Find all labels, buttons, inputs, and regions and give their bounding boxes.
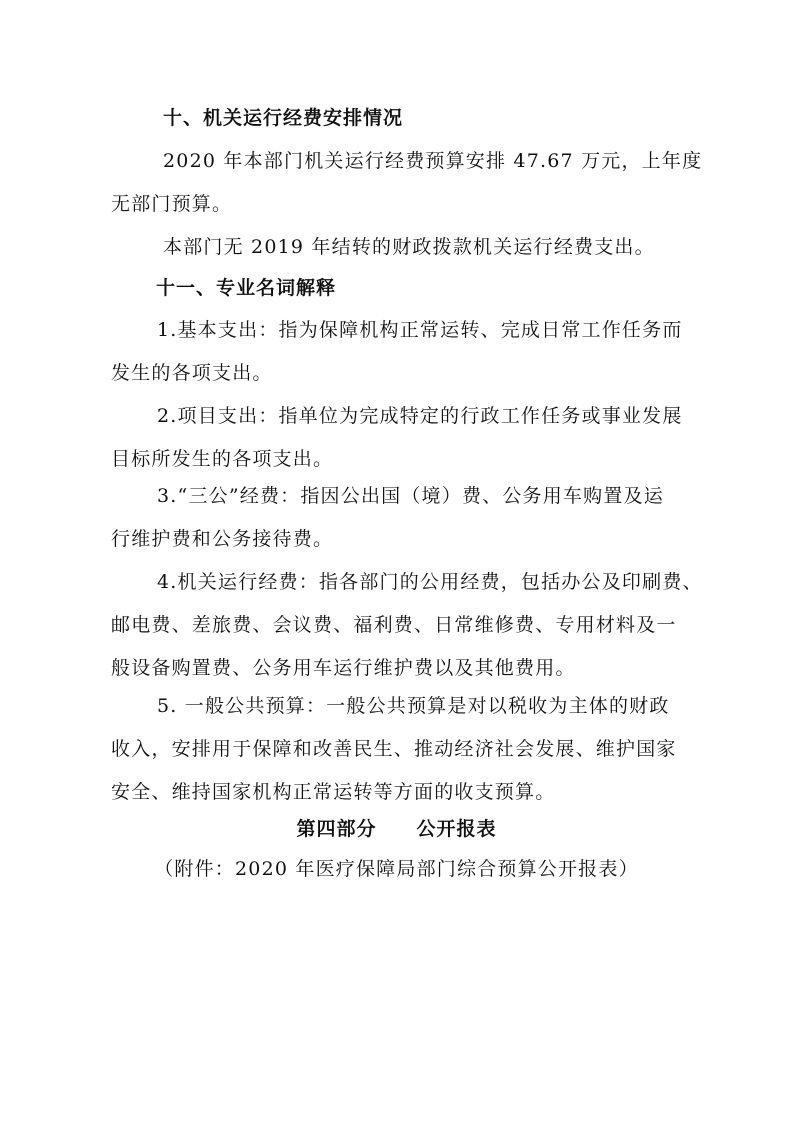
definition-4-line: 般设备购置费、公务用车运行维护费以及其他费用。 <box>111 656 576 680</box>
paragraph-line: 2020 年本部门机关运行经费预算安排 47.67 万元，上年度 <box>163 149 702 173</box>
definition-4-line: 邮电费、差旅费、会议费、福利费、日常维修费、专用材料及一 <box>111 613 677 637</box>
attachment-note: （附件：2020 年医疗保障局部门综合预算公开报表） <box>0 857 793 881</box>
definition-3-line: 3.“三公”经费：指因公出国（境）费、公务用车购置及运 <box>157 484 664 508</box>
section-11-heading: 十一、专业名词解释 <box>156 276 336 300</box>
definition-2-line: 目标所发生的各项支出。 <box>111 447 333 471</box>
definition-5-line: 5. 一般公共预算：一般公共预算是对以税收为主体的财政 <box>157 694 670 718</box>
paragraph-line: 无部门预算。 <box>111 192 232 216</box>
definition-5-line: 收入，安排用于保障和改善民生、推动经济社会发展、维护国家 <box>111 737 677 761</box>
definition-3-line: 行维护费和公务接待费。 <box>111 527 333 551</box>
definition-1-line: 发生的各项支出。 <box>111 361 273 385</box>
definition-5-line: 安全、维持国家机构正常运转等方面的收支预算。 <box>111 780 555 804</box>
paragraph-line: 本部门无 2019 年结转的财政拨款机关运行经费支出。 <box>163 235 655 259</box>
part-4-title: 第四部分 公开报表 <box>0 817 793 841</box>
definition-4-line: 4.机关运行经费：指各部门的公用经费，包括办公及印刷费、 <box>157 570 703 594</box>
definition-1-line: 1.基本支出：指为保障机构正常运转、完成日常工作任务而 <box>157 318 683 342</box>
definition-2-line: 2.项目支出：指单位为完成特定的行政工作任务或事业发展 <box>157 404 683 428</box>
section-10-heading: 十、机关运行经费安排情况 <box>163 106 403 130</box>
